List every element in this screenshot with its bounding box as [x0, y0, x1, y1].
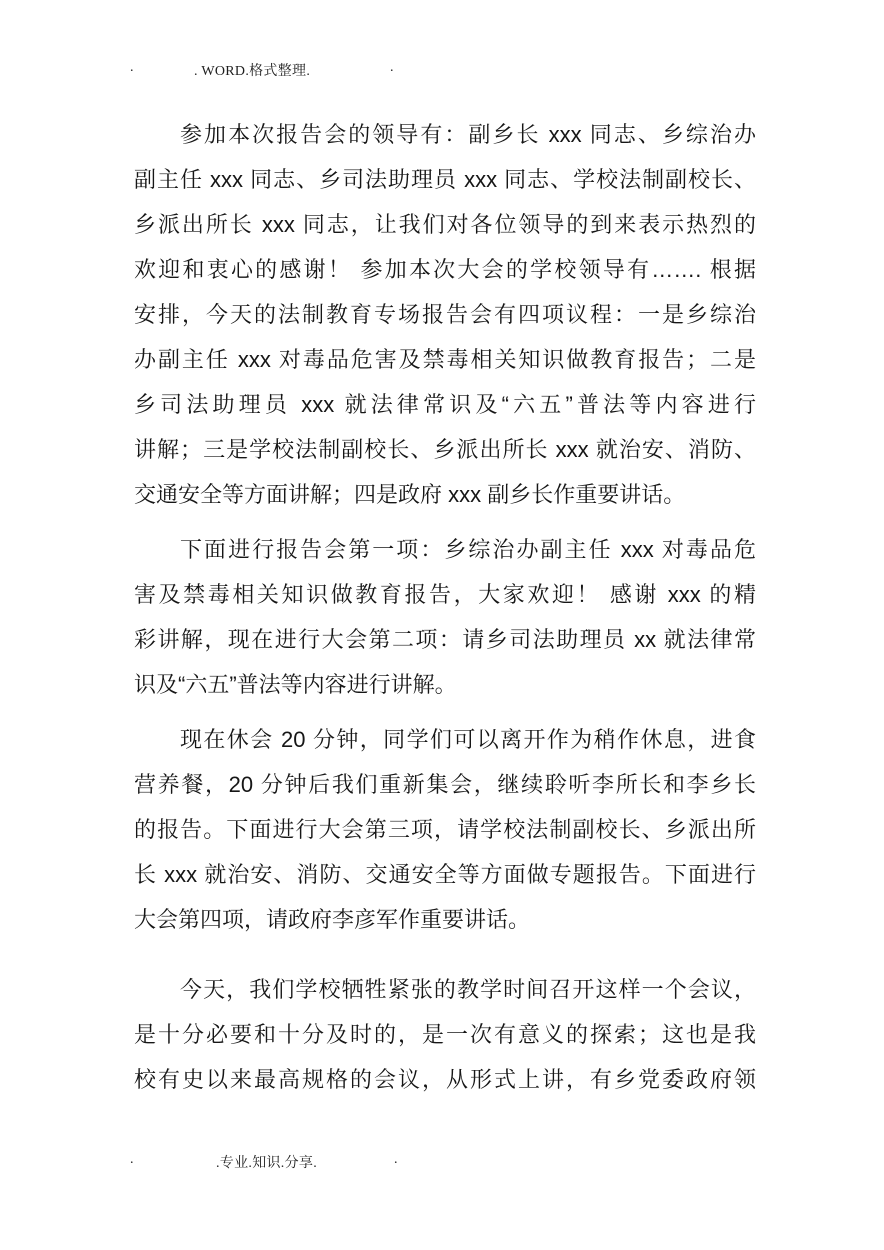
text-line: 参加本次报告会的领导有：副乡长 xxx 同志、乡综治办	[134, 112, 756, 157]
text-line: 识及“六五”普法等内容进行讲解。	[134, 662, 756, 707]
paragraph-3: 现在休会 20 分钟，同学们可以离开作为稍作休息，进食 营养餐，20 分钟后我们…	[134, 717, 756, 942]
header-watermark: . WORD.格式整理.	[194, 60, 310, 80]
text-line: 办副主任 xxx 对毒品危害及禁毒相关知识做教育报告；二是	[134, 337, 756, 382]
text-line: 害及禁毒相关知识做教育报告，大家欢迎！ 感谢 xxx 的精	[134, 572, 756, 617]
text-line: 彩讲解，现在进行大会第二项：请乡司法助理员 xx 就法律常	[134, 617, 756, 662]
text-line: 营养餐，20 分钟后我们重新集会，继续聆听李所长和李乡长	[134, 762, 756, 807]
paragraph-1: 参加本次报告会的领导有：副乡长 xxx 同志、乡综治办 副主任 xxx 同志、乡…	[134, 112, 756, 517]
text-line: 交通安全等方面讲解；四是政府 xxx 副乡长作重要讲话。	[134, 472, 756, 517]
text-line: 今天，我们学校牺牲紧张的教学时间召开这样一个会议，	[134, 967, 756, 1012]
text-line: 欢迎和衷心的感谢！ 参加本次大会的学校领导有……. 根据	[134, 247, 756, 292]
text-line: 校有史以来最高规格的会议，从形式上讲，有乡党委政府领	[134, 1057, 756, 1102]
document-body: 参加本次报告会的领导有：副乡长 xxx 同志、乡综治办 副主任 xxx 同志、乡…	[134, 112, 756, 1112]
footer-left-dot: .	[130, 1152, 134, 1168]
footer-right-dot: .	[394, 1152, 398, 1168]
text-line: 是十分必要和十分及时的，是一次有意义的探索；这也是我	[134, 1012, 756, 1057]
footer-watermark: .专业.知识.分享.	[216, 1152, 317, 1172]
paragraph-2: 下面进行报告会第一项：乡综治办副主任 xxx 对毒品危 害及禁毒相关知识做教育报…	[134, 527, 756, 707]
document-page: . . WORD.格式整理. . 参加本次报告会的领导有：副乡长 xxx 同志、…	[0, 0, 884, 1250]
paragraph-4: 今天，我们学校牺牲紧张的教学时间召开这样一个会议， 是十分必要和十分及时的，是一…	[134, 967, 756, 1102]
text-line: 副主任 xxx 同志、乡司法助理员 xxx 同志、学校法制副校长、	[134, 157, 756, 202]
text-line: 乡派出所长 xxx 同志，让我们对各位领导的到来表示热烈的	[134, 202, 756, 247]
text-line: 现在休会 20 分钟，同学们可以离开作为稍作休息，进食	[134, 717, 756, 762]
text-line: 乡司法助理员 xxx 就法律常识及“六五”普法等内容进行	[134, 382, 756, 427]
text-line: 大会第四项，请政府李彦军作重要讲话。	[134, 897, 756, 942]
text-line: 安排，今天的法制教育专场报告会有四项议程：一是乡综治	[134, 292, 756, 337]
header-left-dot: .	[130, 60, 134, 76]
text-line: 讲解；三是学校法制副校长、乡派出所长 xxx 就治安、消防、	[134, 427, 756, 472]
text-line: 下面进行报告会第一项：乡综治办副主任 xxx 对毒品危	[134, 527, 756, 572]
header-right-dot: .	[390, 60, 394, 76]
text-line: 的报告。下面进行大会第三项，请学校法制副校长、乡派出所	[134, 807, 756, 852]
text-line: 长 xxx 就治安、消防、交通安全等方面做专题报告。下面进行	[134, 852, 756, 897]
